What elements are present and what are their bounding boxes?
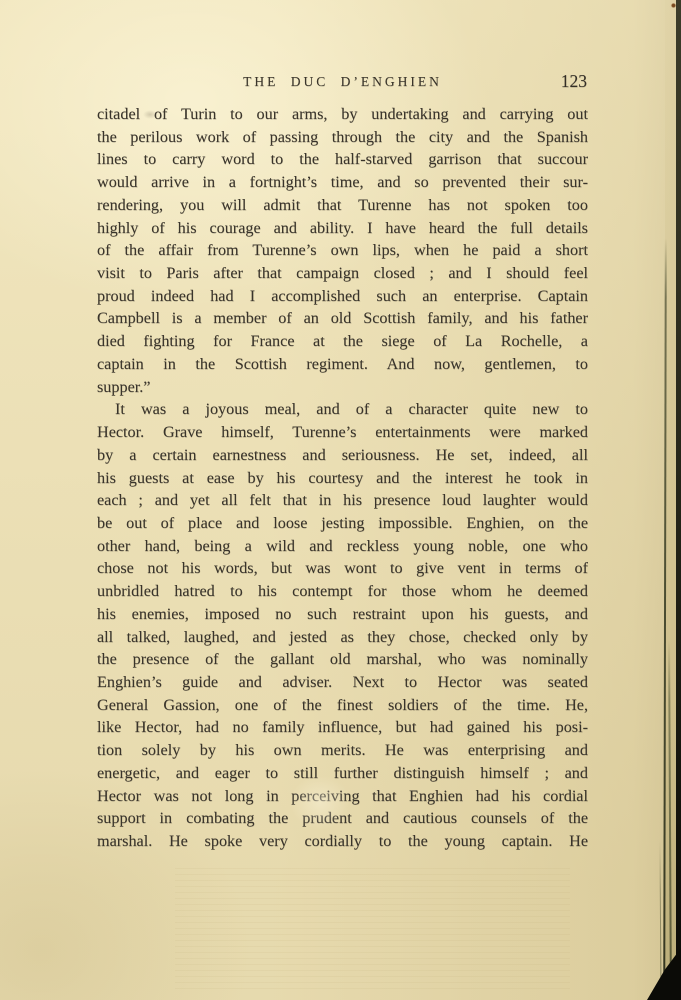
text-line: died fighting for France at the siege of… [97,330,588,353]
scan-banding [175,868,570,993]
text-line: his guests at ease by his courtesy and t… [97,467,588,490]
text-line: like Hector, had no family influence, bu… [97,716,588,739]
text-line: by a certain earnestness and seriousness… [97,444,588,467]
text-line: other hand, being a wild and reckless yo… [97,535,588,558]
text-line: unbridled hatred to his contempt for tho… [97,580,588,603]
text-line: the presence of the gallant old marshal,… [97,648,588,671]
text-line: all talked, laughed, and jested as they … [97,626,588,649]
text-line: supper.” [97,376,588,399]
text-line: citadel of Turin to our arms, by underta… [97,103,588,126]
text-line: visit to Paris after that campaign close… [97,262,588,285]
text-line: captain in the Scottish regiment. And no… [97,353,588,376]
text-line: lines to carry word to the half-starved … [97,148,588,171]
page-text: citadel of Turin to our arms, by underta… [97,103,588,853]
text-line: It was a joyous meal, and of a character… [97,398,588,421]
text-line: would arrive in a fortnight’s time, and … [97,171,588,194]
text-line: be out of place and loose jesting imposs… [97,512,588,535]
page-edge-line [663,238,667,1000]
book-page-scan: THE DUC D’ENGHIEN 123 citadel of Turin t… [0,0,681,1000]
text-line: proud indeed had I accomplished such an … [97,285,588,308]
text-line: tion solely by his own merits. He was en… [97,739,588,762]
page-number: 123 [561,71,587,92]
text-line: of the affair from Turenne’s own lips, w… [97,239,588,262]
page-edge-line [668,640,671,1000]
text-line: his enemies, imposed no such restraint u… [97,603,588,626]
paragraph: citadel of Turin to our arms, by underta… [97,103,588,398]
paper-smudge [143,110,157,119]
text-line: marshal. He spoke very cordially to the … [97,830,588,853]
text-line: rendering, you will admit that Turenne h… [97,194,588,217]
text-line: Hector. Grave himself, Turenne’s enterta… [97,421,588,444]
text-line: General Gassion, one of the finest soldi… [97,694,588,717]
text-line: highly of his courage and ability. I hav… [97,217,588,240]
text-line: each ; and yet all felt that in his pres… [97,489,588,512]
text-line: Campbell is a member of an old Scottish … [97,307,588,330]
paper-smudge [290,775,350,830]
page-edge-line [659,840,661,1000]
running-title: THE DUC D’ENGHIEN [97,74,588,90]
text-line: the perilous work of passing through the… [97,126,588,149]
page-header: THE DUC D’ENGHIEN 123 [97,74,588,96]
ink-speck [671,3,676,8]
text-line: chose not his words, but was wont to giv… [97,557,588,580]
scan-edge-black-strip [676,0,681,1000]
text-line: energetic, and eager to still further di… [97,762,588,785]
text-line: Enghien’s guide and adviser. Next to Hec… [97,671,588,694]
